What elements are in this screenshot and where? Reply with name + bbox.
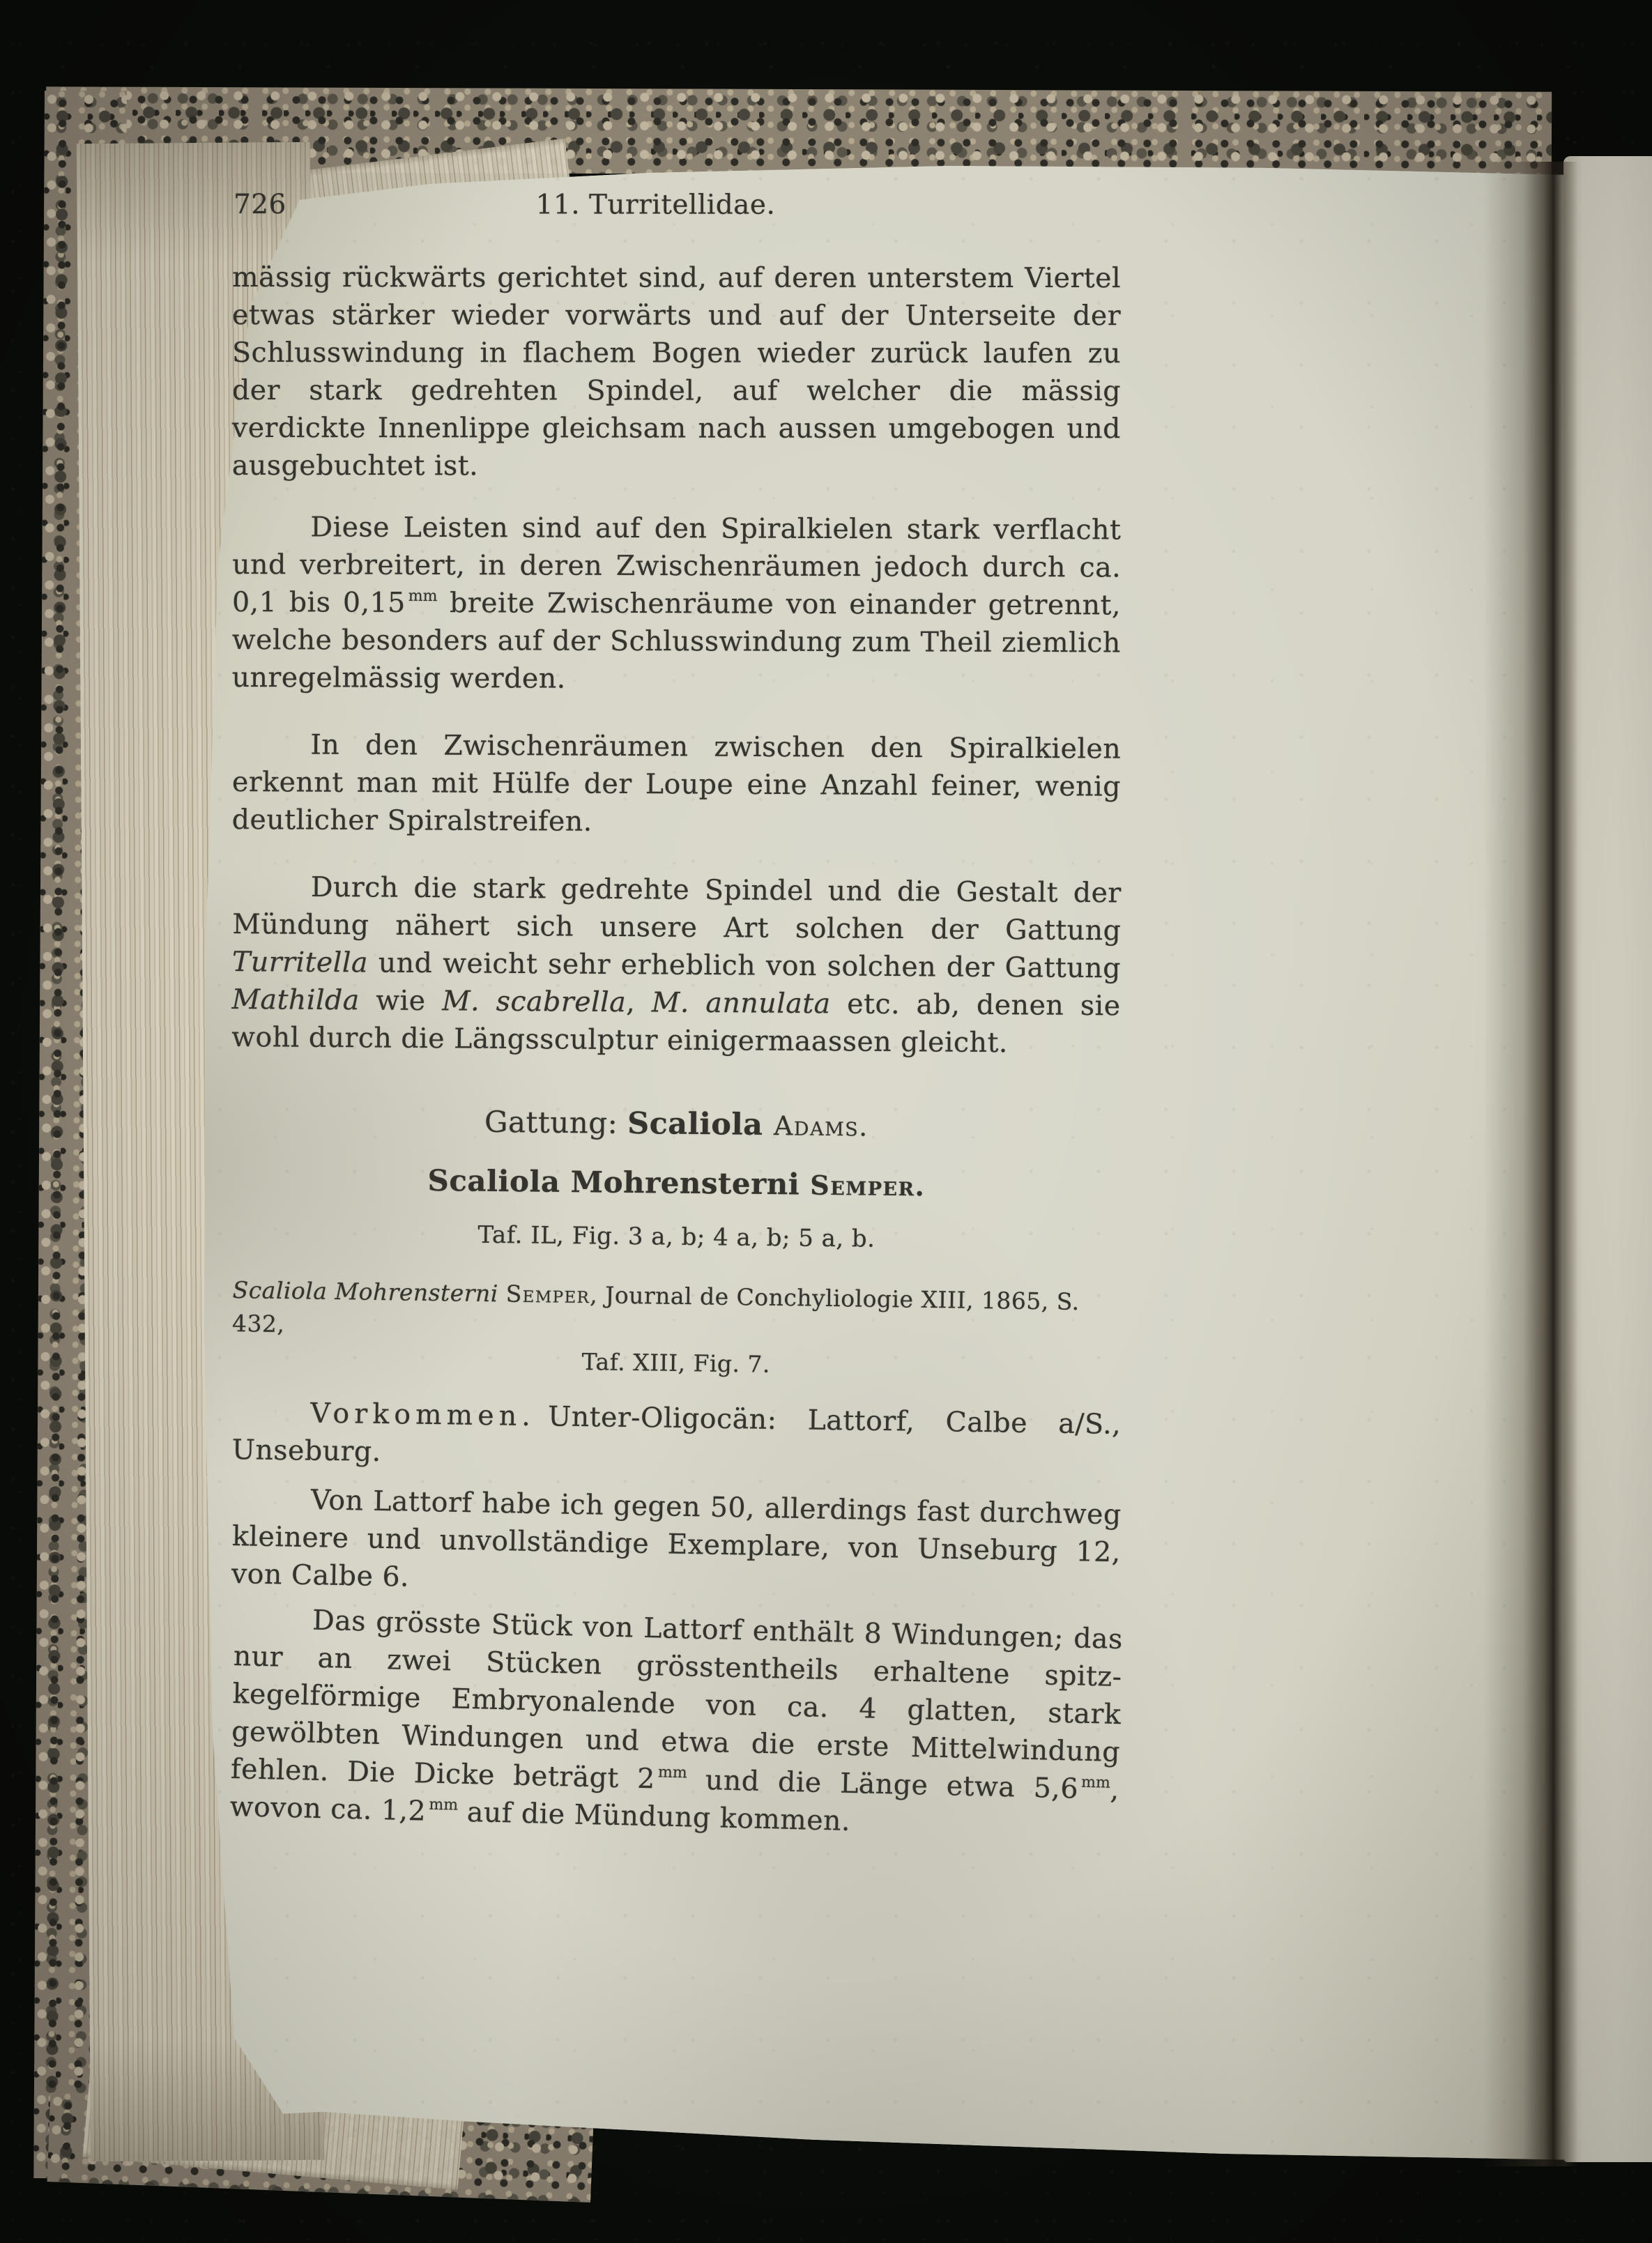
figure-caption-line: Taf. IL, Fig. 3 a, b; 4 a, b; 5 a, b.	[232, 1214, 1121, 1260]
book-gutter-shadow	[1483, 162, 1578, 2166]
paragraph-4-text-d: ,	[626, 986, 652, 1018]
genus-heading-author: Adams.	[774, 1110, 869, 1142]
genus-name-turritella: Turritella	[232, 946, 368, 979]
reference-author: Semper	[506, 1280, 590, 1308]
paragraph-6-text-d: auf die Mündung kommen.	[457, 1796, 850, 1837]
page-header-row: 726 11. Turritellidae.	[232, 186, 1121, 222]
millimetre-superscript: mm	[655, 1763, 687, 1782]
millimetre-superscript: mm	[426, 1796, 458, 1814]
paragraph-4-text-b: und weicht sehr erheblich von solchen de…	[368, 947, 1121, 984]
paragraph-5: Von Lattorf habe ich gegen 50, allerding…	[231, 1480, 1122, 1609]
reference-line-1: Scaliola Mohrensterni Semper, Journal de…	[232, 1273, 1122, 1353]
paragraph-4-text-c: wie	[360, 984, 443, 1017]
paragraph-1-text: mässig rückwärts gerichtet sind, auf der…	[232, 261, 1121, 482]
paragraph-4: Durch die stark gedrehte Spindel und die…	[231, 868, 1122, 1062]
paragraph-3-text: In den Zwischenräumen zwischen den Spira…	[232, 729, 1122, 838]
paragraph-1: mässig rückwärts gerichtet sind, auf der…	[232, 259, 1121, 485]
millimetre-superscript: mm	[406, 588, 438, 605]
genus-name-mathilda: Mathilda	[231, 983, 360, 1016]
genus-heading-name: Scaliola	[627, 1106, 774, 1142]
species-heading: Scaliola Mohrensterni Semper.	[232, 1160, 1122, 1207]
occurrence-paragraph: Vorkommen.Unter-Oligocän: Lattorf, Calbe…	[231, 1393, 1121, 1481]
paragraph-3: In den Zwischenräumen zwischen den Spira…	[232, 726, 1122, 843]
paragraph-6: Das grösste Stück von Lattorf enthält 8 …	[229, 1600, 1123, 1846]
reference-citation: Scaliola Mohrensterni Semper, Journal de…	[231, 1273, 1122, 1386]
running-title: 11. Turritellidae.	[232, 186, 1079, 224]
species-heading-name: Scaliola Mohrensterni	[427, 1163, 810, 1202]
species-heading-author: Semper.	[810, 1170, 926, 1202]
occurrence-label: Vorkommen.	[310, 1398, 535, 1433]
paragraph-4-text-a: Durch die stark gedrehte Spindel und die…	[232, 871, 1122, 947]
page-text-column: 726 11. Turritellidae. mässig rückwärts …	[232, 186, 1121, 1825]
species-name-scabrella: M. scabrella	[442, 985, 626, 1018]
paragraph-6-text-b: und die Länge etwa 5,6	[687, 1763, 1079, 1805]
species-name-annulata: M. annulata	[652, 986, 831, 1020]
millimetre-superscript: mm	[1078, 1774, 1110, 1792]
reference-species-name: Scaliola Mohrensterni	[232, 1276, 506, 1307]
genus-heading-prefix: Gattung:	[484, 1105, 628, 1140]
paragraph-5-text: Von Lattorf habe ich gegen 50, allerding…	[231, 1484, 1122, 1593]
paragraph-2: Diese Leisten sind auf den Spiralkielen …	[232, 508, 1122, 699]
genus-heading: Gattung: Scaliola Adams.	[232, 1101, 1122, 1148]
